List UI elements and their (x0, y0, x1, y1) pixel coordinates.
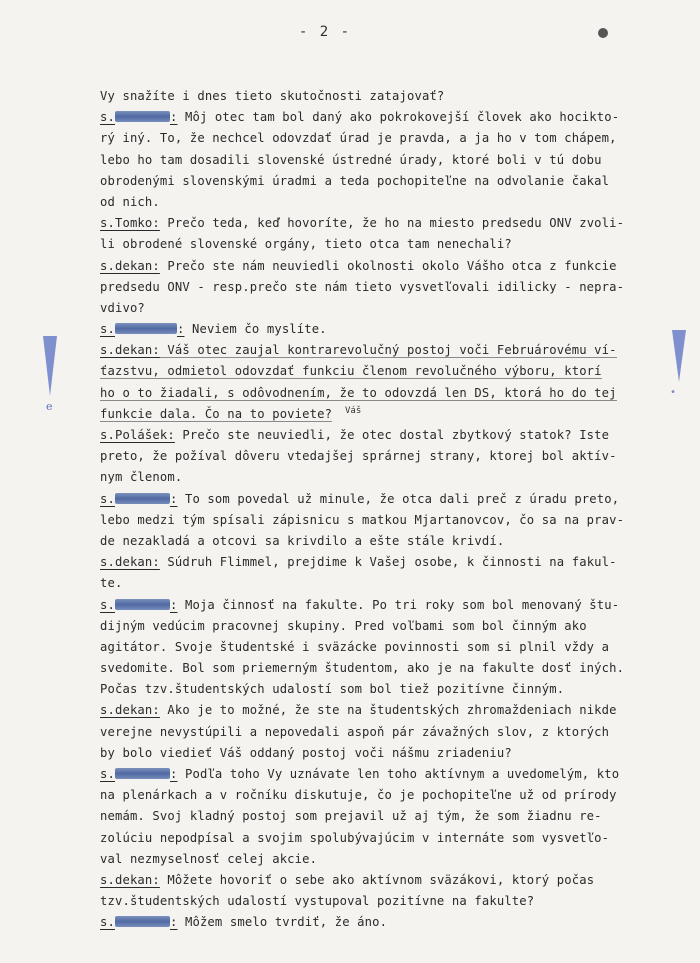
transcript-body: Vy snažíte i dnes tieto skutočnosti zata… (100, 86, 680, 934)
speaker-label: s.: (100, 322, 184, 336)
line-text: val nezmyselnosť celej akcie. (100, 852, 317, 866)
margin-dot-annotation: • (670, 387, 676, 398)
transcript-line: s.: Neviem čo myslíte. (100, 319, 680, 340)
punch-hole-mark (598, 28, 608, 38)
transcript-line: s.: Môžem smelo tvrdiť, že áno. (100, 912, 680, 933)
transcript-line: s.dekan: Súdruh Flimmel, prejdime k Vaše… (100, 552, 680, 573)
transcript-line: zolúciu nepodpísal a svojim spolubývajúc… (100, 828, 680, 849)
line-text: Súdruh Flimmel, prejdime k Vašej osobe, … (160, 555, 617, 569)
exclamation-mark-annotation-left (43, 336, 57, 396)
transcript-line: ho o to žiadali, s odôvodnením, že to od… (100, 383, 680, 404)
redacted-name (115, 916, 170, 927)
line-text: svedomite. Bol som priemerným študentom,… (100, 661, 624, 675)
transcript-line: te. (100, 573, 680, 594)
transcript-line: Počas tzv.študentských udalostí som bol … (100, 679, 680, 700)
transcript-line: lebo medzi tým spísali zápisnicu s matko… (100, 510, 680, 531)
speaker-label: s.dekan: (100, 343, 160, 357)
line-text: ťazstvu, odmietol odovzdať funkciu členo… (100, 364, 602, 378)
transcript-line: dijným vedúcim pracovnej skupiny. Pred v… (100, 616, 680, 637)
speaker-label: s.: (100, 915, 177, 929)
line-text: funkcie dala. Čo na to poviete? (100, 407, 332, 421)
transcript-line: s.dekan: Môžete hovoriť o sebe ako aktív… (100, 870, 680, 891)
speaker-label: s.: (100, 767, 177, 781)
transcript-line: Vy snažíte i dnes tieto skutočnosti zata… (100, 86, 680, 107)
speaker-label: s.dekan: (100, 555, 160, 569)
line-text: Počas tzv.študentských udalostí som bol … (100, 682, 564, 696)
speaker-label: s.Tomko: (100, 216, 160, 230)
transcript-line: od nich. (100, 192, 680, 213)
transcript-line: lebo ho tam dosadili slovenské ústredné … (100, 150, 680, 171)
line-text: Prečo ste nám neuviedli okolnosti okolo … (160, 259, 617, 273)
transcript-line: s.Tomko: Prečo teda, keď hovoríte, že ho… (100, 213, 680, 234)
transcript-line: nym členom. (100, 467, 680, 488)
transcript-line: vdivo? (100, 298, 680, 319)
transcript-line: tzv.študentských udalostí vystupoval poz… (100, 891, 680, 912)
transcript-line: svedomite. Bol som priemerným študentom,… (100, 658, 680, 679)
speaker-label: s.dekan: (100, 703, 160, 717)
transcript-line: nemám. Svoj kladný postoj som prejavil u… (100, 806, 680, 827)
line-text: lebo medzi tým spísali zápisnicu s matko… (100, 513, 624, 527)
speaker-label: s.: (100, 110, 177, 124)
transcript-line: s.: Podľa toho Vy uznávate len toho aktí… (100, 764, 680, 785)
document-page: - 2 - Vy snažíte i dnes tieto skutočnost… (0, 0, 700, 963)
redacted-name (115, 768, 170, 779)
transcript-line: by bolo viedieť Váš oddaný postoj voči n… (100, 743, 680, 764)
transcript-line: funkcie dala. Čo na to poviete? (100, 404, 680, 425)
line-text: Prečo teda, keď hovoríte, že ho na miest… (160, 216, 624, 230)
line-text: preto, že požíval dôveru vtedajšej sprár… (100, 449, 617, 463)
line-text: nym členom. (100, 470, 182, 484)
line-text: nemám. Svoj kladný postoj som prejavil u… (100, 809, 602, 823)
transcript-line: li obrodené slovenské orgány, tieto otca… (100, 234, 680, 255)
transcript-line: s.Polášek: Prečo ste neuviedli, že otec … (100, 425, 680, 446)
line-text: dijným vedúcim pracovnej skupiny. Pred v… (100, 619, 587, 633)
line-text: Môžete hovoriť o sebe ako aktívnom sväzá… (160, 873, 594, 887)
line-text: de nezakladá a otcovi sa krivdilo a ešte… (100, 534, 504, 548)
line-text: rý iný. To, že nechcel odovzdať úrad je … (100, 131, 617, 145)
redacted-name (115, 111, 170, 122)
line-text: Vy snažíte i dnes tieto skutočnosti zata… (100, 89, 444, 103)
transcript-line: s.dekan: Ako je to možné, že ste na štud… (100, 700, 680, 721)
transcript-line: rý iný. To, že nechcel odovzdať úrad je … (100, 128, 680, 149)
margin-letter-annotation: e (46, 400, 53, 413)
speaker-label: s.: (100, 492, 177, 506)
line-text: na plenárkach a v ročníku diskutuje, čo … (100, 788, 617, 802)
line-text: te. (100, 576, 122, 590)
page-number: - 2 - (0, 24, 650, 40)
line-text: To som povedal už minule, že otca dali p… (177, 492, 619, 506)
line-text: agitátor. Svoje študentské i sväzácke po… (100, 640, 609, 654)
speaker-label: s.Polášek: (100, 428, 175, 442)
line-text: verejne nevystúpili a nepovedali aspoň p… (100, 725, 609, 739)
transcript-line: verejne nevystúpili a nepovedali aspoň p… (100, 722, 680, 743)
speaker-label: s.dekan: (100, 259, 160, 273)
line-text: vdivo? (100, 301, 145, 315)
transcript-line: s.dekan: Prečo ste nám neuviedli okolnos… (100, 256, 680, 277)
transcript-line: s.: Moja činnosť na fakulte. Po tri roky… (100, 595, 680, 616)
line-text: Váš otec zaujal kontrarevolučný postoj v… (160, 343, 617, 357)
transcript-line: s.dekan: Váš otec zaujal kontrarevolučný… (100, 340, 680, 361)
line-text: Ako je to možné, že ste na študentských … (160, 703, 617, 717)
line-text: obrodenými slovenskými úradmi a teda poc… (100, 174, 609, 188)
line-text: Podľa toho Vy uznávate len toho aktívnym… (177, 767, 619, 781)
line-text: od nich. (100, 195, 160, 209)
line-text: lebo ho tam dosadili slovenské ústredné … (100, 153, 602, 167)
transcript-line: de nezakladá a otcovi sa krivdilo a ešte… (100, 531, 680, 552)
line-text: tzv.študentských udalostí vystupoval poz… (100, 894, 534, 908)
line-text: by bolo viedieť Váš oddaný postoj voči n… (100, 746, 512, 760)
line-text: Môžem smelo tvrdiť, že áno. (177, 915, 387, 929)
transcript-line: na plenárkach a v ročníku diskutuje, čo … (100, 785, 680, 806)
transcript-line: ťazstvu, odmietol odovzdať funkciu členo… (100, 361, 680, 382)
transcript-line: s.: To som povedal už minule, že otca da… (100, 489, 680, 510)
line-text: Neviem čo myslíte. (184, 322, 326, 336)
line-text: li obrodené slovenské orgány, tieto otca… (100, 237, 512, 251)
transcript-line: val nezmyselnosť celej akcie. (100, 849, 680, 870)
transcript-line: obrodenými slovenskými úradmi a teda poc… (100, 171, 680, 192)
transcript-line: preto, že požíval dôveru vtedajšej sprár… (100, 446, 680, 467)
line-text: Prečo ste neuviedli, že otec dostal zbyt… (175, 428, 609, 442)
speaker-label: s.dekan: (100, 873, 160, 887)
transcript-line: agitátor. Svoje študentské i sväzácke po… (100, 637, 680, 658)
exclamation-mark-annotation-right (672, 330, 686, 382)
redacted-name (115, 599, 170, 610)
transcript-line: s.: Môj otec tam bol daný ako pokrokovej… (100, 107, 680, 128)
redacted-name (115, 323, 177, 334)
line-text: ho o to žiadali, s odôvodnením, že to od… (100, 386, 617, 400)
handwritten-insertion: Váš (345, 406, 361, 416)
line-text: zolúciu nepodpísal a svojim spolubývajúc… (100, 831, 609, 845)
redacted-name (115, 493, 170, 504)
transcript-line: predsedu ONV - resp.prečo ste nám tieto … (100, 277, 680, 298)
line-text: Môj otec tam bol daný ako pokrokovejší č… (177, 110, 619, 124)
line-text: predsedu ONV - resp.prečo ste nám tieto … (100, 280, 624, 294)
line-text: Moja činnosť na fakulte. Po tri roky som… (177, 598, 619, 612)
speaker-label: s.: (100, 598, 177, 612)
